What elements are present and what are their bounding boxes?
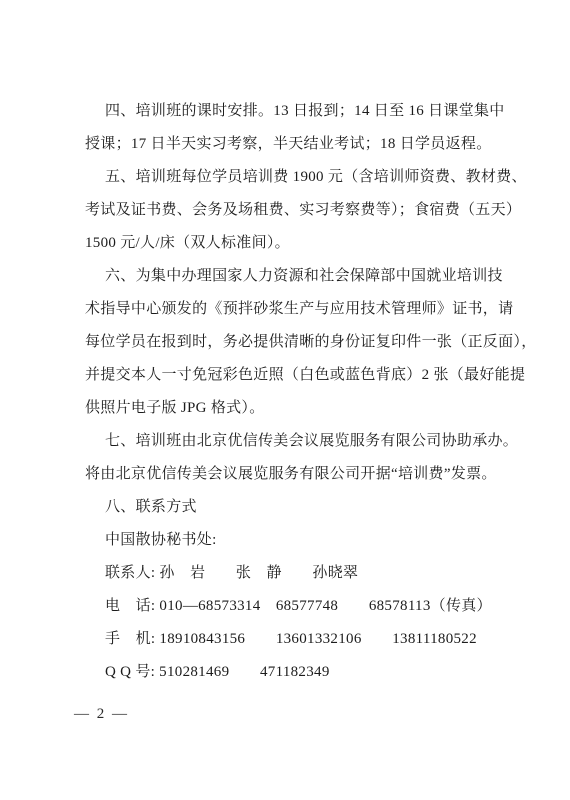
- document-line: 将由北京优信传美会议展览服务有限公司开据“培训费”发票。: [85, 458, 530, 491]
- document-line: 供照片电子版 JPG 格式）。: [85, 392, 530, 425]
- document-line: 术指导中心颁发的《预拌砂浆生产与应用技术管理师》证书，请: [85, 293, 530, 326]
- document-body: 四、培训班的课时安排。13 日报到；14 日至 16 日课堂集中 授课；17 日…: [85, 95, 530, 689]
- document-line: 手 机: 18910843156 13601332106 13811180522: [85, 623, 530, 656]
- document-line: 四、培训班的课时安排。13 日报到；14 日至 16 日课堂集中: [85, 95, 530, 128]
- document-line: 考试及证书费、会务及场租费、实习考察费等）；食宿费（五天）: [85, 194, 530, 227]
- document-line: 1500 元/人/床（双人标准间）。: [85, 227, 530, 260]
- page-number: — 2 —: [74, 706, 129, 723]
- document-line: 五、培训班每位学员培训费 1900 元（含培训师资费、教材费、: [85, 161, 530, 194]
- document-page: 四、培训班的课时安排。13 日报到；14 日至 16 日课堂集中 授课；17 日…: [0, 0, 570, 800]
- document-line: 七、培训班由北京优信传美会议展览服务有限公司协助承办。: [85, 425, 530, 458]
- document-line: 授课；17 日半天实习考察，半天结业考试；18 日学员返程。: [85, 128, 530, 161]
- document-line: 联系人: 孙 岩 张 静 孙晓翠: [85, 557, 530, 590]
- document-line: 八、联系方式: [85, 491, 530, 524]
- document-line: 每位学员在报到时，务必提供清晰的身份证复印件一张（正反面），: [85, 326, 530, 359]
- document-line: 电 话: 010—68573314 68577748 68578113（传真）: [85, 590, 530, 623]
- document-line: 六、为集中办理国家人力资源和社会保障部中国就业培训技: [85, 260, 530, 293]
- document-line: Q Q 号: 510281469 471182349: [85, 656, 530, 689]
- document-line: 并提交本人一寸免冠彩色近照（白色或蓝色背底）2 张（最好能提: [85, 359, 530, 392]
- document-line: 中国散协秘书处:: [85, 524, 530, 557]
